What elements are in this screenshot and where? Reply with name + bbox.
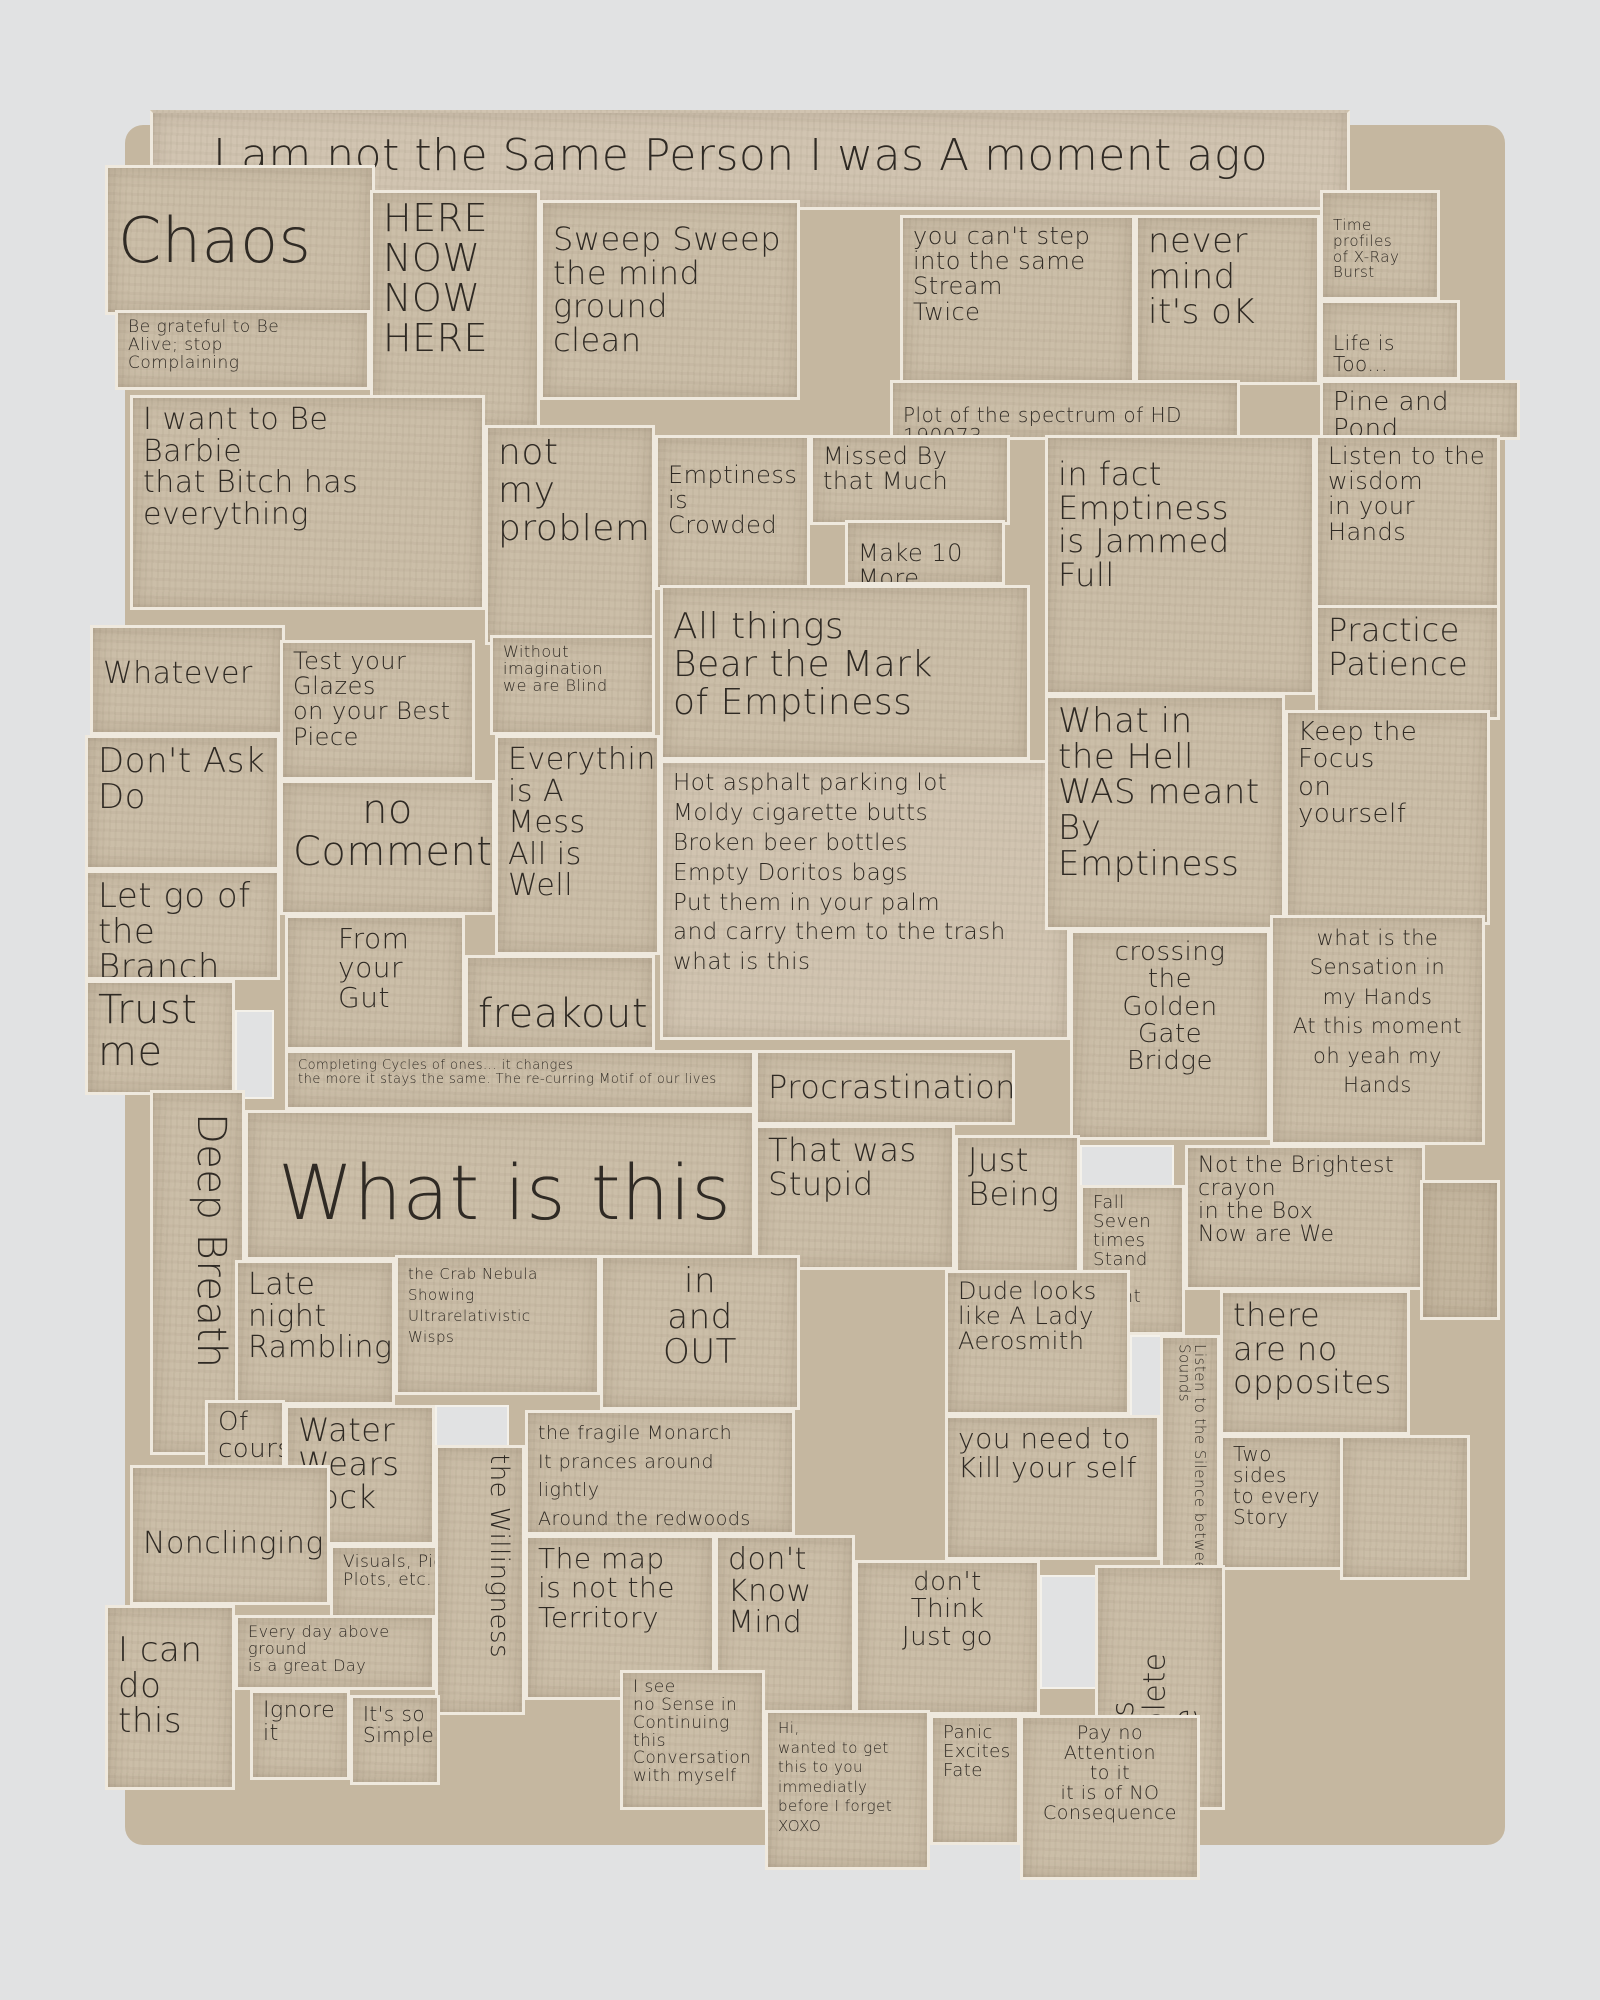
patch-so-simple: It's so Simple bbox=[350, 1695, 440, 1785]
patch-wisdom-hands: Listen to the wisdom in your Hands bbox=[1315, 435, 1500, 610]
patch-freakout: freakout bbox=[465, 955, 655, 1050]
patch-here-now: HERE NOW NOW HERE bbox=[370, 190, 540, 430]
patch-no-comment: no Comment bbox=[280, 780, 495, 915]
patch-hi-wanted: Hi, wanted to get this to you immediatly… bbox=[765, 1710, 930, 1870]
fabric-gap bbox=[1080, 1145, 1174, 1189]
patch-be-grateful: Be grateful to Be Alive; stop Complainin… bbox=[115, 310, 370, 390]
patch-test-glazes: Test your Glazes on your Best Piece bbox=[280, 640, 475, 780]
patch-procrastination: Procrastination bbox=[755, 1050, 1015, 1125]
fabric-gap bbox=[1040, 1575, 1099, 1689]
patch-trust-me: Trust me bbox=[85, 980, 235, 1095]
fabric-gap bbox=[235, 1010, 274, 1099]
patch-just-being: Just Being bbox=[955, 1135, 1080, 1275]
patch-practice-patience: Practice Patience bbox=[1315, 605, 1500, 720]
patch-golden-gate: crossing the Golden Gate Bridge bbox=[1070, 930, 1270, 1140]
patch-no-opposites: there are no opposites bbox=[1220, 1290, 1410, 1435]
patch-barbie: I want to Be Barbie that Bitch has every… bbox=[130, 395, 485, 610]
patch-without-imagination: Without imagination we are Blind bbox=[490, 635, 655, 735]
textile-quilt-artwork: I am not the Same Person I was A moment … bbox=[85, 105, 1525, 1905]
patch-from-your-gut: From your Gut bbox=[285, 915, 465, 1050]
patch-scrap-glyph bbox=[1340, 1435, 1470, 1580]
patch-pine-pond: Pine and Pond bbox=[1320, 380, 1520, 440]
patch-never-mind: never mind it's oK bbox=[1135, 215, 1320, 385]
patch-what-in-hell: What in the Hell WAS meant By Emptiness bbox=[1045, 695, 1285, 930]
patch-hot-asphalt: Hot asphalt parking lot Moldy cigarette … bbox=[660, 760, 1070, 1040]
patch-that-was-stupid: That was Stupid bbox=[755, 1125, 955, 1270]
patch-pay-no-attention: Pay no Attention to it it is of NO Conse… bbox=[1020, 1715, 1200, 1880]
patch-emptiness-crowded: Emptiness is Crowded bbox=[655, 435, 810, 590]
patch-sweep: Sweep Sweep the mind ground clean bbox=[540, 200, 800, 400]
patch-not-my-problem: not my problem bbox=[485, 425, 655, 645]
patch-fragile-monarch: the fragile Monarch It prances around li… bbox=[525, 1410, 795, 1535]
patch-what-is-this: What is this bbox=[245, 1110, 755, 1260]
patch-two-sides: Two sides to every Story bbox=[1220, 1435, 1345, 1570]
patch-brightest-crayon: Not the Brightest crayon in the Box Now … bbox=[1185, 1145, 1425, 1290]
patch-make-10-more: Make 10 More bbox=[845, 520, 1005, 585]
patch-panic-excites: Panic Excites Fate bbox=[930, 1715, 1020, 1845]
patch-willingness: the Willingness bbox=[435, 1445, 525, 1715]
patch-dont-ask: Don't Ask Do bbox=[85, 735, 280, 870]
patch-i-can-do-this: I can do this bbox=[105, 1605, 235, 1790]
patch-sensation-hands: what is the Sensation in my Hands At thi… bbox=[1270, 915, 1485, 1145]
patch-late-night: Late night Ramblings bbox=[235, 1260, 395, 1405]
patch-let-go: Let go of the Branch bbox=[85, 870, 280, 980]
patch-missed-by: Missed By that Much bbox=[810, 435, 1010, 525]
patch-crab-nebula: the Crab Nebula Showing Ultrarelativisti… bbox=[395, 1255, 600, 1395]
patch-every-day: Every day above ground is a great Day bbox=[235, 1615, 435, 1690]
patch-stream: you can't step into the same Stream Twic… bbox=[900, 215, 1135, 385]
patch-keep-focus: Keep the Focus on yourself bbox=[1285, 710, 1490, 925]
patch-xray-burst: Time profiles of X-Ray Burst bbox=[1320, 190, 1440, 300]
patch-i-see-no-sense: I see no Sense in Continuing this Conver… bbox=[620, 1670, 765, 1810]
patch-ignore-it: Ignore it bbox=[250, 1690, 350, 1780]
patch-everything-mess: Everything is A Mess All is Well bbox=[495, 735, 660, 955]
patch-nonclinging: Nonclinging bbox=[130, 1465, 330, 1605]
patch-completing-cycles: Completing Cycles of ones... it changes … bbox=[285, 1050, 755, 1110]
patch-in-and-out: in and OUT bbox=[600, 1255, 800, 1410]
patch-emptiness-jammed: in fact Emptiness is Jammed Full bbox=[1045, 435, 1315, 695]
patch-dont-think: don't Think Just go bbox=[855, 1560, 1040, 1715]
patch-whatever: Whatever bbox=[90, 625, 285, 735]
patch-all-things: All things Bear the Mark of Emptiness bbox=[660, 585, 1030, 760]
patch-chaos: Chaos bbox=[105, 165, 375, 315]
patch-hd190073: Plot of the spectrum of HD 190073 bbox=[890, 380, 1240, 440]
patch-sideways-scrap bbox=[1420, 1180, 1500, 1320]
patch-dude-looks: Dude looks like A Lady Aerosmith bbox=[945, 1270, 1130, 1415]
patch-life-is-too: Life is Too... bbox=[1320, 300, 1460, 380]
patch-kill-yourself: you need to Kill your self bbox=[945, 1415, 1160, 1560]
